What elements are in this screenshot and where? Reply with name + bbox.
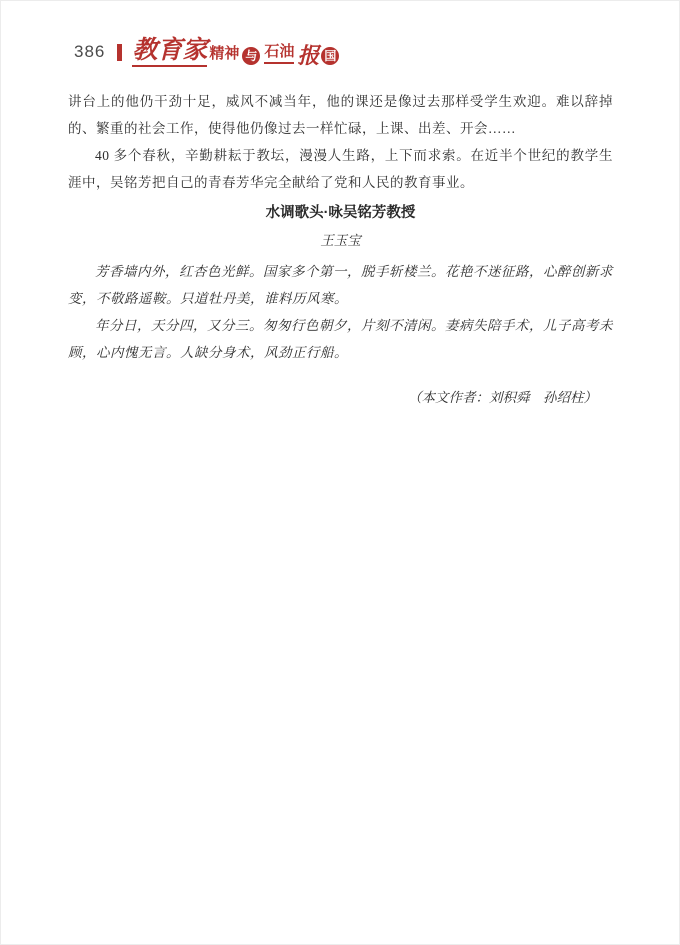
body-paragraph: 40 多个春秋，辛勤耕耘于教坛，漫漫人生路，上下而求索。在近半个世纪的教学生涯中… bbox=[68, 142, 613, 196]
logo-text-shiyou: 石油 bbox=[264, 42, 294, 64]
page-number: 386 bbox=[74, 42, 105, 62]
poem-stanza-1: 芳香墙内外，红杏色光鲜。国家多个第一，脱手斩楼兰。花艳不迷征路，心醉创新求变，不… bbox=[68, 258, 613, 312]
logo-calligraphy-jiaoyujia: 教育家 bbox=[132, 38, 207, 67]
page-header: 386 教育家 精神 与 石油 报 国 bbox=[74, 36, 341, 68]
logo-circle-yu: 与 bbox=[242, 47, 260, 65]
logo-circle-guo: 国 bbox=[321, 47, 339, 65]
book-page: { "page": { "number": "386", "logo": { "… bbox=[0, 0, 680, 945]
poem-author: 王玉宝 bbox=[68, 227, 613, 254]
poem-stanza-2: 年分日，天分四，又分三。匆匆行色朝夕，片刻不清闲。妻病失陪手术，儿子高考未顾，心… bbox=[68, 312, 613, 366]
brand-divider-bar bbox=[117, 44, 122, 61]
body-paragraph-continued: 讲台上的他仍干劲十足，威风不减当年，他的课还是像过去那样受学生欢迎。难以辞掉的、… bbox=[68, 88, 613, 142]
article-body: 讲台上的他仍干劲十足，威风不减当年，他的课还是像过去那样受学生欢迎。难以辞掉的、… bbox=[68, 88, 613, 411]
poem-title: 水调歌头·咏吴铭芳教授 bbox=[68, 200, 613, 227]
author-attribution: （本文作者：刘积舜 孙绍柱） bbox=[68, 384, 613, 411]
logo-calligraphy-bao: 报 bbox=[297, 44, 319, 67]
brand-logo: 教育家 精神 与 石油 报 国 bbox=[132, 38, 341, 67]
logo-text-jingshen: 精神 bbox=[209, 44, 239, 64]
